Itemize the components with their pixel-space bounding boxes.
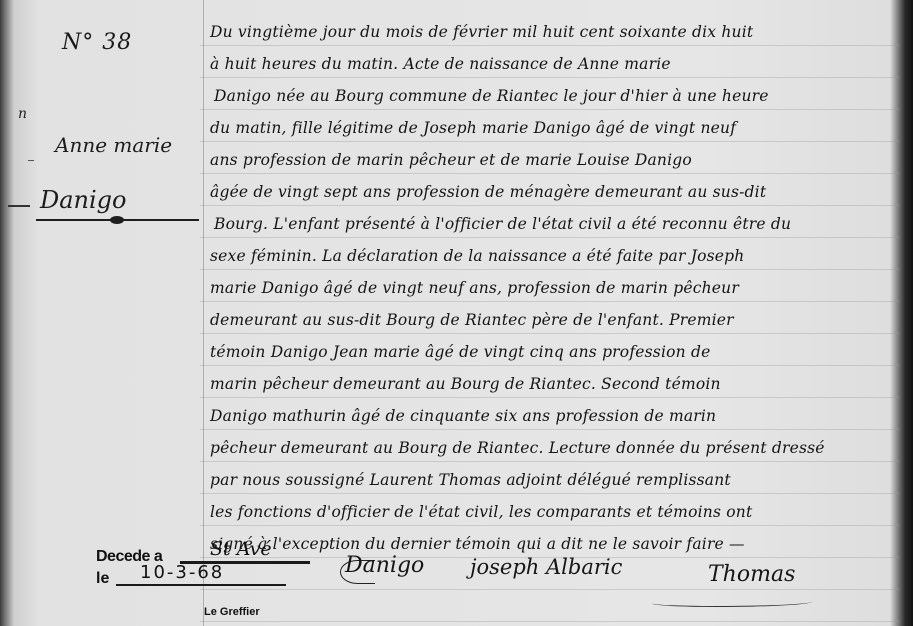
text-line: les fonctions d'officier de l'état civil…	[210, 496, 890, 528]
death-date-label: le	[96, 570, 109, 588]
signature-danigo: Danigo	[345, 553, 424, 578]
text-line: pêcheur demeurant au Bourg de Riantec. L…	[210, 432, 890, 464]
subject-last-name: Danigo	[40, 186, 127, 214]
text-line: Bourg. L'enfant présenté à l'officier de…	[210, 208, 890, 240]
text-line: Du vingtième jour du mois de février mil…	[210, 16, 890, 48]
text-line: Danigo mathurin âgé de cinquante six ans…	[210, 400, 890, 432]
text-line: ans profession de marin pêcheur et de ma…	[210, 144, 890, 176]
text-line: par nous soussigné Laurent Thomas adjoin…	[210, 464, 890, 496]
clerk-label: Le Greffier	[204, 606, 260, 618]
text-line: marin pêcheur demeurant au Bourg de Rian…	[210, 368, 890, 400]
margin-dash	[8, 205, 30, 207]
margin-column: N° 38 n Anne marie Danigo	[0, 0, 200, 626]
text-line: Danigo née au Bourg commune de Riantec l…	[210, 80, 890, 112]
text-line: du matin, fille légitime de Joseph marie…	[210, 112, 890, 144]
text-line: âgée de vingt sept ans profession de mén…	[210, 176, 890, 208]
signature-joseph-albaric: joseph Albaric	[470, 555, 622, 579]
text-line: à huit heures du matin. Acte de naissanc…	[210, 48, 890, 80]
text-line: marie Danigo âgé de vingt neuf ans, prof…	[210, 272, 890, 304]
margin-divider	[203, 0, 204, 626]
text-line: témoin Danigo Jean marie âgé de vingt ci…	[210, 336, 890, 368]
signature-thomas: Thomas	[708, 562, 795, 587]
margin-dash-small	[28, 160, 34, 161]
text-line: sexe féminin. La déclaration de la naiss…	[210, 240, 890, 272]
act-number: N° 38	[62, 30, 132, 55]
death-place-value: St Avé	[180, 538, 310, 564]
register-page: N° 38 n Anne marie Danigo Du vingtième j…	[0, 0, 913, 626]
margin-tick-mark: n	[18, 106, 27, 122]
act-body-text: Du vingtième jour du mois de février mil…	[210, 16, 890, 560]
entry-separator-line	[36, 219, 199, 221]
subject-first-name: Anne marie	[55, 133, 172, 157]
death-date-value: 10-3-68	[116, 562, 286, 586]
text-line: demeurant au sus-dit Bourg de Riantec pè…	[210, 304, 890, 336]
death-annotation-stamp: Decede a St Avé le 10-3-68 Le Greffier	[96, 548, 356, 624]
